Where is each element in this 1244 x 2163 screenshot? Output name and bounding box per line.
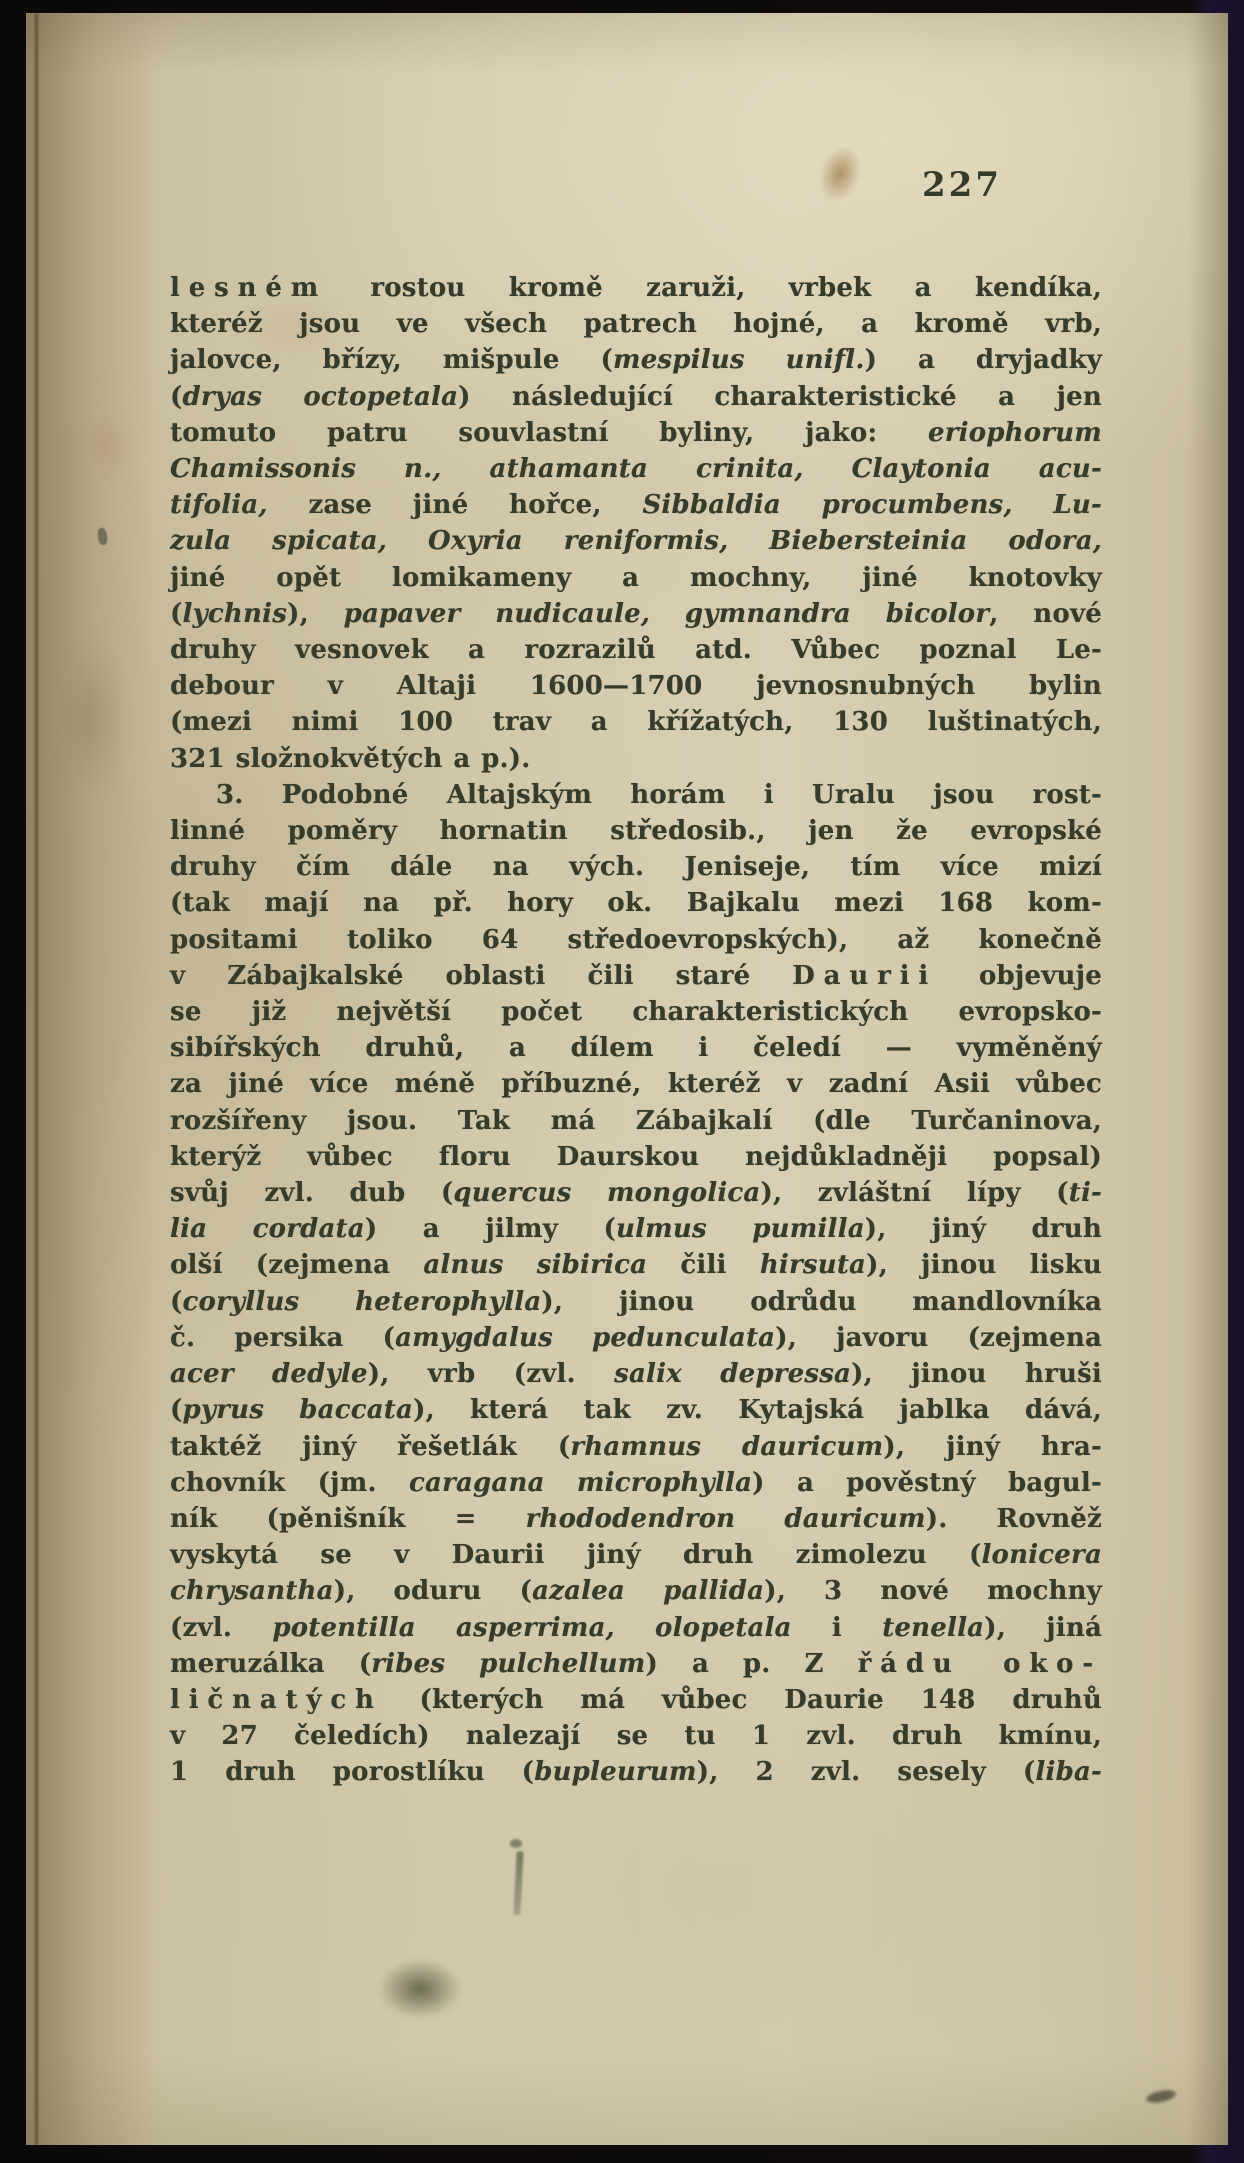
latin-species-text: hirsuta	[760, 1250, 866, 1280]
text-line: v Zábajkalské oblasti čili staré Daurii …	[170, 958, 1102, 994]
text-line: Chamissonis n., athamanta crinita, Clayt…	[170, 451, 1102, 487]
text-line: lesném rostou kromě zaruži, vrbek a kend…	[170, 270, 1102, 306]
latin-species-text: eriophorum	[928, 418, 1102, 448]
paper: 227 lesném rostou kromě zaruži, vrbek a …	[26, 13, 1228, 2145]
body-text: druhy vesnovek a rozrazilů atd. Vůbec po…	[170, 635, 1102, 665]
body-text: za jiné více méně příbuzné, kteréž v zad…	[170, 1069, 1102, 1099]
latin-species-text: pyrus baccata	[183, 1395, 414, 1425]
body-text: ),	[287, 599, 344, 629]
text-line: vyskytá se v Daurii jiný druh zimolezu (…	[170, 1537, 1102, 1573]
latin-species-text: tenella	[882, 1613, 984, 1643]
body-text: ) následující charakteristické a jen	[458, 382, 1102, 412]
latin-species-text: lia cordata	[170, 1214, 365, 1244]
latin-species-text: caragana microphylla	[409, 1468, 752, 1498]
text-line: acer dedyle), vrb (zvl. salix depressa),…	[170, 1356, 1102, 1392]
emphasized-spaced-text: ličnatých	[170, 1685, 383, 1715]
body-text: ), jinou hruši	[851, 1359, 1102, 1389]
body-text: (	[170, 599, 183, 629]
text-line: (dryas octopetala) následující charakter…	[170, 379, 1102, 415]
latin-species-text: liba-	[1035, 1757, 1102, 1787]
body-text: ), javoru (zejmena	[775, 1323, 1102, 1353]
latin-species-text: papaver nudicaule, gymnandra bicolor	[344, 599, 990, 629]
body-text: ), vrb (zvl.	[368, 1359, 614, 1389]
text-line: jiné opět lomikameny a mochny, jiné knot…	[170, 560, 1102, 596]
body-text: ), jiný druh	[865, 1214, 1102, 1244]
latin-species-text: quercus mongolica	[453, 1178, 760, 1208]
text-line: positami toliko 64 středoevropských), až…	[170, 922, 1102, 958]
ink-mark	[1145, 2088, 1177, 2105]
body-text: č. persika (	[170, 1323, 395, 1353]
body-text: ), jinou lisku	[866, 1250, 1102, 1280]
body-text: , nové	[989, 599, 1102, 629]
body-text: ) a p. Z	[646, 1649, 858, 1679]
latin-species-text: alnus sibirica	[423, 1250, 647, 1280]
text-line: sibířských druhů, a dílem i čeledí — vym…	[170, 1030, 1102, 1066]
body-text: sibířských druhů, a dílem i čeledí — vym…	[170, 1033, 1102, 1063]
body-text: ) a jilmy (	[365, 1214, 616, 1244]
binding-crease-line	[35, 13, 38, 2145]
latin-species-text: rhamnus dauricum	[570, 1432, 883, 1462]
body-text: ), která tak zv. Kytajská jablka dává,	[413, 1395, 1102, 1425]
text-line: se již největší počet charakteristických…	[170, 994, 1102, 1030]
body-text: i	[792, 1613, 882, 1643]
text-line: (lychnis), papaver nudicaule, gymnandra …	[170, 596, 1102, 632]
text-line: olší (zejmena alnus sibirica čili hirsut…	[170, 1247, 1102, 1283]
body-text: (	[170, 1287, 183, 1317]
ink-mark-dot	[510, 1839, 522, 1848]
body-text: objevuje	[937, 961, 1102, 991]
latin-species-text: mespilus unifl.	[613, 345, 865, 375]
body-text: svůj zvl. dub (	[170, 1178, 453, 1208]
body-text: ), zvláštní lípy (	[760, 1178, 1068, 1208]
body-text: ník (pěnišník =	[170, 1504, 526, 1534]
latin-species-text: ulmus pumilla	[616, 1214, 865, 1244]
latin-species-text: salix depressa	[614, 1359, 851, 1389]
body-text: (kterých má vůbec Daurie 148 druhů	[383, 1685, 1102, 1715]
latin-species-text: rhododendron dauricum	[526, 1504, 926, 1534]
body-text: druhy čím dále na vých. Jeniseje, tím ví…	[170, 852, 1102, 882]
body-text: ) a dryjadky	[865, 345, 1102, 375]
latin-species-text: amygdalus pedunculata	[395, 1323, 775, 1353]
latin-species-text: acer dedyle	[170, 1359, 368, 1389]
latin-species-text: chrysantha	[170, 1576, 334, 1606]
body-text: zase jiné hořce,	[268, 490, 643, 520]
latin-species-text: potentilla asperrima, olopetala	[272, 1613, 791, 1643]
text-line: svůj zvl. dub (quercus mongolica), zvláš…	[170, 1175, 1102, 1211]
body-text: jiné opět lomikameny a mochny, jiné knot…	[170, 563, 1102, 593]
body-text: (mezi nimi 100 trav a křížatých, 130 luš…	[170, 707, 1102, 737]
latin-species-text: zula spicata, Oxyria reniformis, Biebers…	[170, 526, 1102, 556]
text-line: taktéž jiný řešetlák (rhamnus dauricum),…	[170, 1429, 1102, 1465]
text-line: druhy vesnovek a rozrazilů atd. Vůbec po…	[170, 632, 1102, 668]
body-text: linné poměry hornatin středosib., jen že…	[170, 816, 1102, 846]
text-block: lesném rostou kromě zaruži, vrbek a kend…	[170, 270, 1102, 1791]
body-text: ), jiná	[984, 1613, 1102, 1643]
body-text: tomuto patru souvlastní byliny, jako:	[170, 418, 928, 448]
ink-mark	[513, 1851, 523, 1915]
text-line: rozšířeny jsou. Tak má Zábajkalí (dle Tu…	[170, 1103, 1102, 1139]
ink-smudge	[378, 1959, 462, 2019]
text-line: tomuto patru souvlastní byliny, jako: er…	[170, 415, 1102, 451]
latin-species-text: azalea pallida	[532, 1576, 764, 1606]
latin-species-text: ribes pulchellum	[371, 1649, 645, 1679]
body-text: ), oduru (	[334, 1576, 532, 1606]
gutter-shadow	[26, 13, 156, 2145]
text-line: (pyrus baccata), která tak zv. Kytajská …	[170, 1392, 1102, 1428]
body-text: (	[170, 1395, 183, 1425]
text-line: druhy čím dále na vých. Jeniseje, tím ví…	[170, 849, 1102, 885]
text-line: 1 druh porostlíku (bupleurum), 2 zvl. se…	[170, 1754, 1102, 1790]
body-text: 1 druh porostlíku (	[170, 1757, 534, 1787]
latin-species-text: lonicera	[981, 1540, 1102, 1570]
body-text: jalovce, břízy, mišpule (	[170, 345, 613, 375]
emphasized-spaced-text: řádu oko-	[858, 1649, 1102, 1679]
text-line: za jiné více méně příbuzné, kteréž v zad…	[170, 1066, 1102, 1102]
body-text: positami toliko 64 středoevropských), až…	[170, 925, 1102, 955]
text-line: 3. Podobné Altajským horám i Uralu jsou …	[170, 777, 1102, 813]
body-text: v 27 čeledích) nalezají se tu 1 zvl. dru…	[170, 1721, 1102, 1751]
body-text: ), jiný hra-	[883, 1432, 1102, 1462]
latin-species-text: dryas octopetala	[183, 382, 459, 412]
body-text: čili	[647, 1250, 760, 1280]
text-line: chovník (jm. caragana microphylla) a pov…	[170, 1465, 1102, 1501]
body-text: ). Rovněž	[926, 1504, 1102, 1534]
text-line: ličnatých (kterých má vůbec Daurie 148 d…	[170, 1682, 1102, 1718]
body-text: se již největší počet charakteristických…	[170, 997, 1102, 1027]
body-text: v Zábajkalské oblasti čili staré	[170, 961, 792, 991]
body-text: 321 složnokvětých a p.).	[170, 744, 531, 774]
text-line: debour v Altaji 1600—1700 jevnosnubných …	[170, 668, 1102, 704]
text-line: (mezi nimi 100 trav a křížatých, 130 luš…	[170, 704, 1102, 740]
body-text: ), 3 nové mochny	[764, 1576, 1102, 1606]
text-line: tifolia, zase jiné hořce, Sibbaldia proc…	[170, 487, 1102, 523]
text-line: (coryllus heterophylla), jinou odrůdu ma…	[170, 1284, 1102, 1320]
text-line: zula spicata, Oxyria reniformis, Biebers…	[170, 523, 1102, 559]
page-edge-shading	[1188, 13, 1228, 2145]
text-line: meruzálka (ribes pulchellum) a p. Z řádu…	[170, 1646, 1102, 1682]
body-text: rozšířeny jsou. Tak má Zábajkalí (dle Tu…	[170, 1106, 1102, 1136]
text-line: (zvl. potentilla asperrima, olopetala i …	[170, 1610, 1102, 1646]
body-text: ) a pověstný bagul-	[752, 1468, 1102, 1498]
text-line: kteréž jsou ve všech patrech hojné, a kr…	[170, 306, 1102, 342]
text-line: ník (pěnišník = rhododendron dauricum). …	[170, 1501, 1102, 1537]
page-number: 227	[922, 165, 1002, 205]
paper-stain	[812, 140, 868, 208]
text-line: lia cordata) a jilmy (ulmus pumilla), ji…	[170, 1211, 1102, 1247]
latin-species-text: lychnis	[183, 599, 288, 629]
latin-species-text: Chamissonis n., athamanta crinita, Clayt…	[170, 454, 1102, 484]
text-line: č. persika (amygdalus pedunculata), javo…	[170, 1320, 1102, 1356]
text-line: 321 složnokvětých a p.).	[170, 741, 1102, 777]
text-line: jalovce, břízy, mišpule (mespilus unifl.…	[170, 342, 1102, 378]
body-text: chovník (jm.	[170, 1468, 409, 1498]
body-text: taktéž jiný řešetlák (	[170, 1432, 570, 1462]
text-line: linné poměry hornatin středosib., jen že…	[170, 813, 1102, 849]
body-text: olší (zejmena	[170, 1250, 423, 1280]
body-text: 3. Podobné Altajským horám i Uralu jsou …	[216, 780, 1102, 810]
body-text: (	[170, 382, 183, 412]
body-text: debour v Altaji 1600—1700 jevnosnubných …	[170, 671, 1102, 701]
emphasized-spaced-text: lesném	[170, 273, 327, 303]
scanned-book-page: 227 lesném rostou kromě zaruži, vrbek a …	[0, 0, 1244, 2163]
latin-species-text: bupleurum	[534, 1757, 697, 1787]
latin-species-text: coryllus heterophylla	[183, 1287, 542, 1317]
latin-species-text: tifolia,	[170, 490, 268, 520]
body-text: rostou kromě zaruži, vrbek a kendíka,	[327, 273, 1102, 303]
latin-species-text: ti-	[1069, 1178, 1102, 1208]
body-text: kteréž jsou ve všech patrech hojné, a kr…	[170, 309, 1102, 339]
body-text: ), jinou odrůdu mandlovníka	[541, 1287, 1102, 1317]
text-line: chrysantha), oduru (azalea pallida), 3 n…	[170, 1573, 1102, 1609]
body-text: (zvl.	[170, 1613, 272, 1643]
text-line: kterýž vůbec floru Daurskou nejdůkladněj…	[170, 1139, 1102, 1175]
latin-species-text: Sibbaldia procumbens, Lu-	[642, 490, 1102, 520]
body-text: vyskytá se v Daurii jiný druh zimolezu (	[170, 1540, 981, 1570]
body-text: kterýž vůbec floru Daurskou nejdůkladněj…	[170, 1142, 1102, 1172]
body-text: (tak mají na př. hory ok. Bajkalu mezi 1…	[170, 888, 1102, 918]
body-text: meruzálka (	[170, 1649, 371, 1679]
text-line: (tak mají na př. hory ok. Bajkalu mezi 1…	[170, 885, 1102, 921]
text-line: v 27 čeledích) nalezají se tu 1 zvl. dru…	[170, 1718, 1102, 1754]
emphasized-spaced-text: Daurii	[792, 961, 937, 991]
body-text: ), 2 zvl. sesely (	[697, 1757, 1036, 1787]
